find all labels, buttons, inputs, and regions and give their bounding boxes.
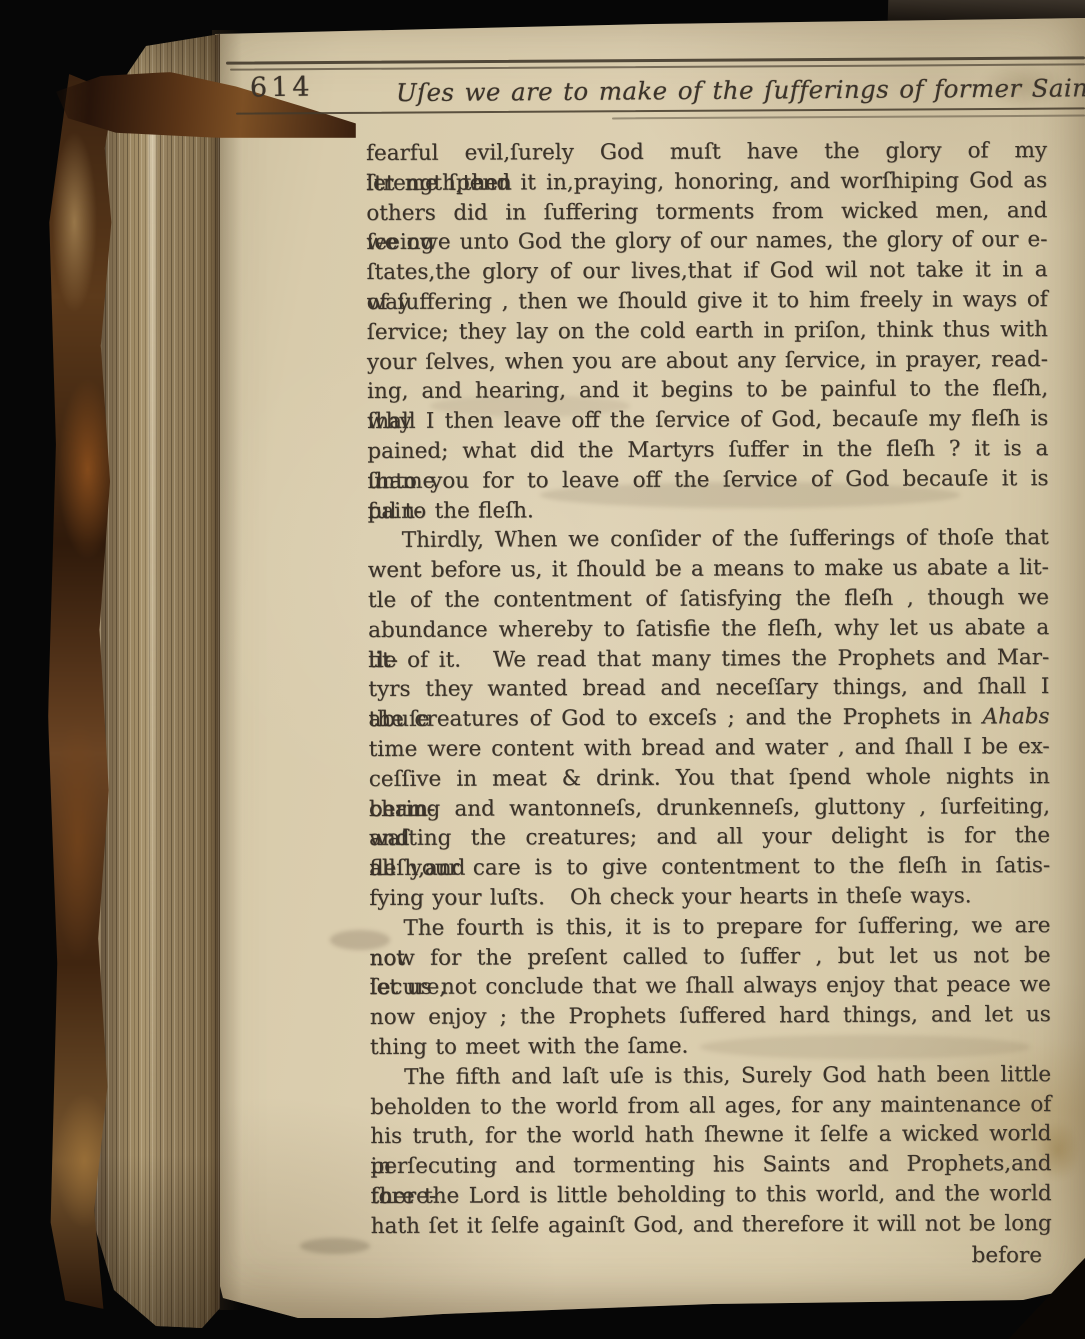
proper-name-italic: Ahabs [982,704,1049,729]
text-line: tyrs they wanted bread and neceſſary thi… [368,672,1049,705]
text-line-paragraph-start: The fourth is this, it is to prepare for… [369,911,1050,944]
text-line: his truth, for the world hath ſhewne it … [370,1119,1051,1152]
catchword: before [366,1243,1042,1268]
text-line: the creatures of God to exceſs ; and the… [368,702,1049,735]
text-line-segment: the creatures of God to exceſs ; and the… [368,704,982,732]
text-line: fying your luſts. Oh check your hearts i… [369,881,1050,914]
text-line: fearful evil,ſurely God muſt have the gl… [366,136,1047,169]
text-line: ſtates,the glory of our lives,that if Go… [367,255,1048,288]
text-line: thing to meet with the ſame. [370,1030,1051,1063]
text-line: unto you for to leave off the ſervice of… [367,464,1048,497]
text-line: time were content with bread and water ,… [369,732,1050,765]
text-line: hath ſet it ſelfe againſt God, and there… [371,1209,1052,1242]
bleed-through-smudge [300,1238,370,1254]
text-line-paragraph-start: The fifth and laſt uſe is this, Surely G… [370,1060,1051,1093]
text-line: waſting the creatures; and all your deli… [369,821,1050,854]
text-line: tle of the contentment of ſatisfying the… [368,583,1049,616]
text-line: went before us, it ſhould be a means to … [368,553,1049,586]
text-line: all your care is to give contentment to … [369,851,1050,884]
running-title: Uſes we are to make of the ſufferings of… [396,74,1008,107]
text-line: beholden to the world from all ages, for… [370,1090,1051,1123]
book-fore-edge-pages [94,28,220,1338]
text-line: abundance whereby to ſatisfie the fleſh,… [368,613,1049,646]
text-line: of ſuffering , then we ſhould give it to… [367,285,1048,318]
text-line: ing, and hearing, and it begins to be pa… [367,374,1048,407]
fore-edge-highlight [148,120,156,1270]
text-line: ceſſive in meat & drink. You that ſpend … [369,762,1050,795]
text-line: now enjoy ; the Prophets ſuffered hard t… [370,1000,1051,1033]
text-line: ful to the fleſh. [368,494,1049,527]
text-line: bering and wantonneſs, drunkenneſs, glut… [369,792,1050,825]
text-line: pained; what did the Martyrs ſuffer in t… [367,434,1048,467]
text-line: perſecuting and tormenting his Saints an… [370,1149,1051,1182]
text-line: ſervice; they lay on the cold earth in p… [367,315,1048,348]
text-line: ſhall I then leave off the ſervice of Go… [367,404,1048,437]
text-line: let us not conclude that we ſhall always… [370,970,1051,1003]
text-line: fore the Lord is little beholding to thi… [371,1179,1052,1212]
page-number: 614 [250,71,314,103]
text-line: tle of it. We read that many times the P… [368,643,1049,676]
text-line-paragraph-start: Thirdly, When we conſider of the ſufferi… [368,523,1049,556]
body-text: fearful evil,ſurely God muſt have the gl… [366,136,1052,1241]
text-line: your ſelves, when you are about any ſerv… [367,345,1048,378]
text-line: others did in ſuffering torments from wi… [366,196,1047,229]
text-line: now for the preſent called to ſuffer , b… [370,941,1051,974]
text-line: we owe unto God the glory of our names, … [366,225,1047,258]
text-line: let me ſpend it in,praying, honoring, an… [366,166,1047,199]
